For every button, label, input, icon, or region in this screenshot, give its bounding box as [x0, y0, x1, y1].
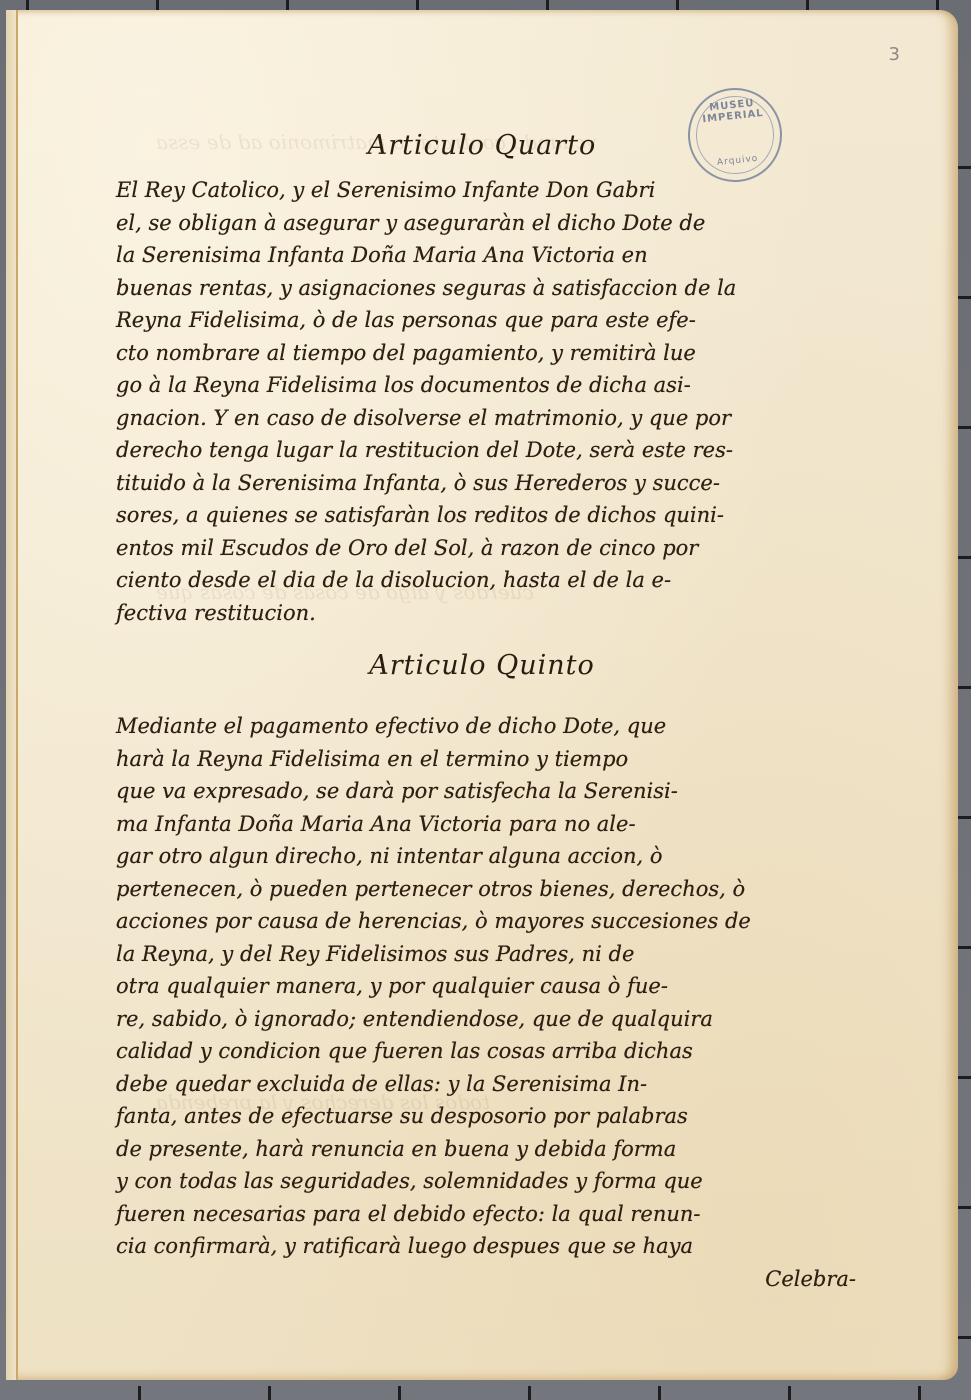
ruler-tick [957, 556, 971, 559]
manuscript-line: gnacion. Y en caso de disolverse el matr… [116, 402, 876, 435]
article-five-heading: Articulo Quinto [6, 650, 958, 681]
manuscript-line: entos mil Escudos de Oro del Sol, à razo… [116, 532, 876, 565]
manuscript-line: otra qualquier manera, y por qualquier c… [116, 970, 876, 1003]
manuscript-line: de presente, harà renuncia en buena y de… [116, 1133, 876, 1166]
ruler-tick [957, 686, 971, 689]
ruler-tick [268, 1386, 271, 1400]
manuscript-line: debe quedar excluida de ellas: y la Sere… [116, 1068, 876, 1101]
ruler-tick [957, 816, 971, 819]
folio-number: 3 [889, 44, 900, 65]
ruler-tick [957, 166, 971, 169]
manuscript-line: ma Infanta Doña Maria Ana Victoria para … [116, 808, 876, 841]
ruler-tick [138, 1386, 141, 1400]
manuscript-line: El Rey Catolico, y el Serenisimo Infante… [116, 174, 876, 207]
catchword: Celebra- [116, 1263, 876, 1296]
manuscript-line: la Serenisima Infanta Doña Maria Ana Vic… [116, 239, 876, 272]
manuscript-line: y con todas las seguridades, solemnidade… [116, 1165, 876, 1198]
ruler-tick [957, 426, 971, 429]
manuscript-line: calidad y condicion que fueren las cosas… [116, 1035, 876, 1068]
ruler-tick [788, 1386, 791, 1400]
manuscript-line: el, se obligan à asegurar y aseguraràn e… [116, 207, 876, 240]
manuscript-line: sores, a quienes se satisfaràn los redit… [116, 499, 876, 532]
manuscript-line: cto nombrare al tiempo del pagamiento, y… [116, 337, 876, 370]
ruler-tick [918, 1386, 921, 1400]
article-four-heading: Articulo Quarto [6, 130, 958, 161]
manuscript-line: harà la Reyna Fidelisima en el termino y… [116, 743, 876, 776]
manuscript-page: vcuando contratar o matrimonio ad de ess… [6, 10, 958, 1380]
manuscript-line: gar otro algun direcho, ni intentar algu… [116, 840, 876, 873]
manuscript-line: go à la Reyna Fidelisima los documentos … [116, 369, 876, 402]
ruler-tick [398, 1386, 401, 1400]
ruler-tick [528, 1386, 531, 1400]
ruler-tick [957, 1076, 971, 1079]
manuscript-line: fectiva restitucion. [116, 597, 876, 630]
manuscript-line: buenas rentas, y asignaciones seguras à … [116, 272, 876, 305]
manuscript-line: acciones por causa de herencias, ò mayor… [116, 905, 876, 938]
manuscript-line: Reyna Fidelisima, ò de las personas que … [116, 304, 876, 337]
manuscript-line: que va expresado, se darà por satisfecha… [116, 775, 876, 808]
manuscript-line: pertenecen, ò pueden pertenecer otros bi… [116, 873, 876, 906]
ruler-tick [957, 296, 971, 299]
ruler-tick [957, 1336, 971, 1339]
manuscript-line: tituido à la Serenisima Infanta, ò sus H… [116, 467, 876, 500]
manuscript-line: fueren necesarias para el debido efecto:… [116, 1198, 876, 1231]
page-binding-edge [6, 10, 18, 1380]
manuscript-line: ciento desde el dia de la disolucion, ha… [116, 564, 876, 597]
ruler-tick [957, 946, 971, 949]
manuscript-line: la Reyna, y del Rey Fidelisimos sus Padr… [116, 938, 876, 971]
manuscript-line: Mediante el pagamento efectivo de dicho … [116, 710, 876, 743]
manuscript-line: cia confirmarà, y ratificarà luego despu… [116, 1230, 876, 1263]
manuscript-line: derecho tenga lugar la restitucion del D… [116, 434, 876, 467]
ruler-tick [957, 1206, 971, 1209]
manuscript-line: re, sabido, ò ignorado; entendiendose, q… [116, 1003, 876, 1036]
ruler-tick [658, 1386, 661, 1400]
article-four-body: El Rey Catolico, y el Serenisimo Infante… [116, 174, 876, 629]
manuscript-line: fanta, antes de efectuarse su desposorio… [116, 1100, 876, 1133]
article-five-body: Mediante el pagamento efectivo de dicho … [116, 710, 876, 1295]
